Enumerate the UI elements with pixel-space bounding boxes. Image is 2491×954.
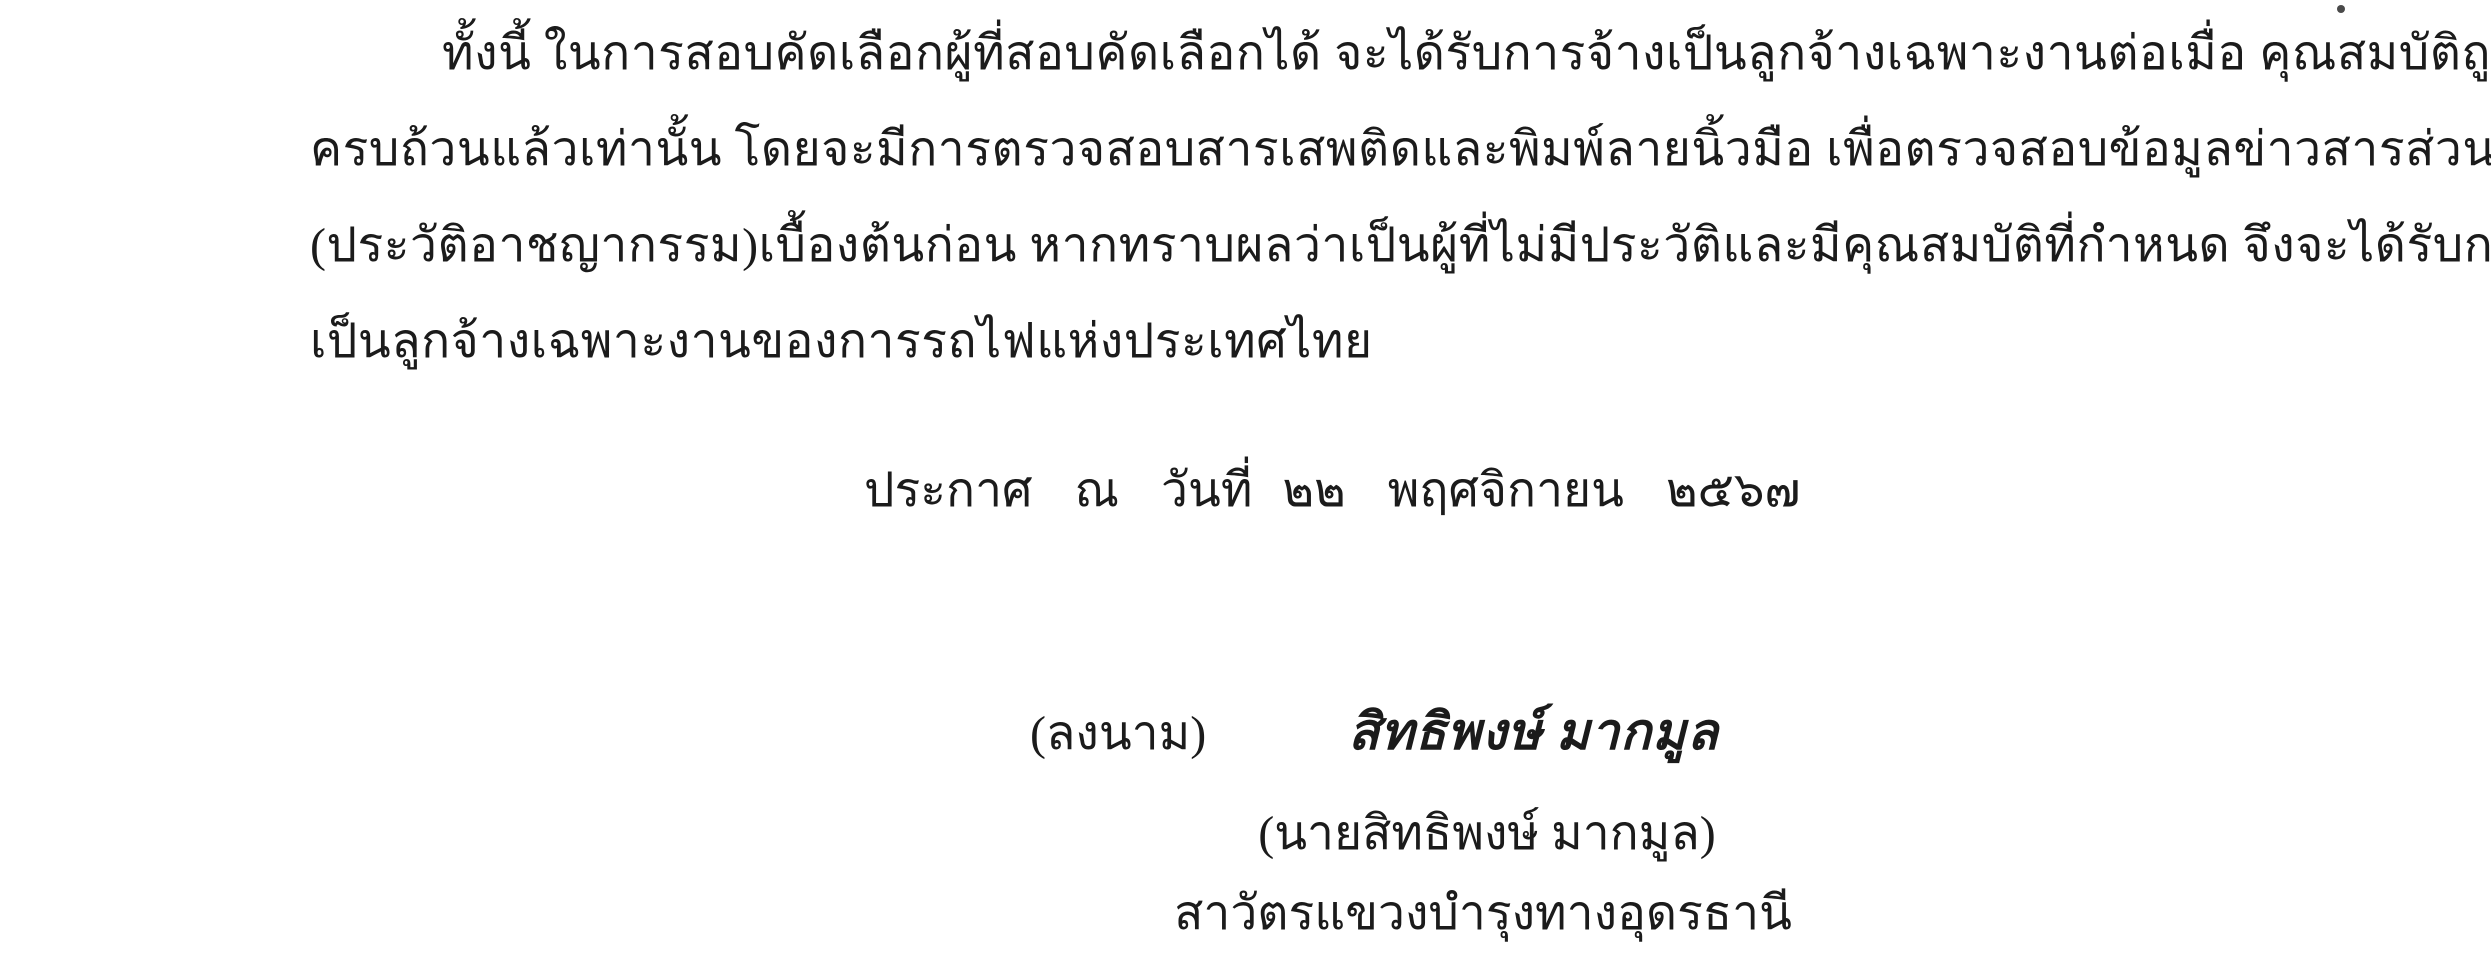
document-page: ทั้งนี้ ในการสอบคัดเลือกผู้ที่สอบคัดเลือ… [0, 0, 2491, 954]
signed-label: (ลงนาม) [1030, 691, 1206, 777]
signatory-position: สาวัตรแขวงบำรุงทางอุดรธานี [1174, 872, 1792, 954]
date-word: วันที่ [1161, 452, 1252, 530]
date-year: ๒๕๖๗ [1666, 452, 1801, 530]
signature-name: สิทธิพงษ์ มากมูล [1348, 690, 1719, 776]
signature-row: (ลงนาม) สิทธิพงษ์ มากมูล [1030, 690, 1719, 777]
date-day: ๒๒ [1282, 452, 1345, 530]
signatory-name-parenthesized: (นายสิทธิพงษ์ มากมูล) [1258, 792, 1716, 876]
at-word: ณ [1075, 452, 1120, 530]
announcement-date-line: ประกาศ ณ วันที่ ๒๒ พฤศจิกายน ๒๕๖๗ [864, 452, 1801, 530]
body-paragraph: ทั้งนี้ ในการสอบคัดเลือกผู้ที่สอบคัดเลือ… [310, 6, 2380, 390]
paragraph-line-3: (ประวัติอาชญากรรม)เบื้องต้นก่อน หากทราบผ… [310, 198, 2380, 294]
paragraph-line-2: ครบถ้วนแล้วเท่านั้น โดยจะมีการตรวจสอบสาร… [310, 102, 2380, 198]
announce-word: ประกาศ [864, 452, 1033, 530]
date-month: พฤศจิกายน [1388, 452, 1624, 530]
paragraph-line-4: เป็นลูกจ้างเฉพาะงานของการรถไฟแห่งประเทศไ… [310, 294, 2380, 390]
paragraph-line-1: ทั้งนี้ ในการสอบคัดเลือกผู้ที่สอบคัดเลือ… [310, 6, 2380, 102]
